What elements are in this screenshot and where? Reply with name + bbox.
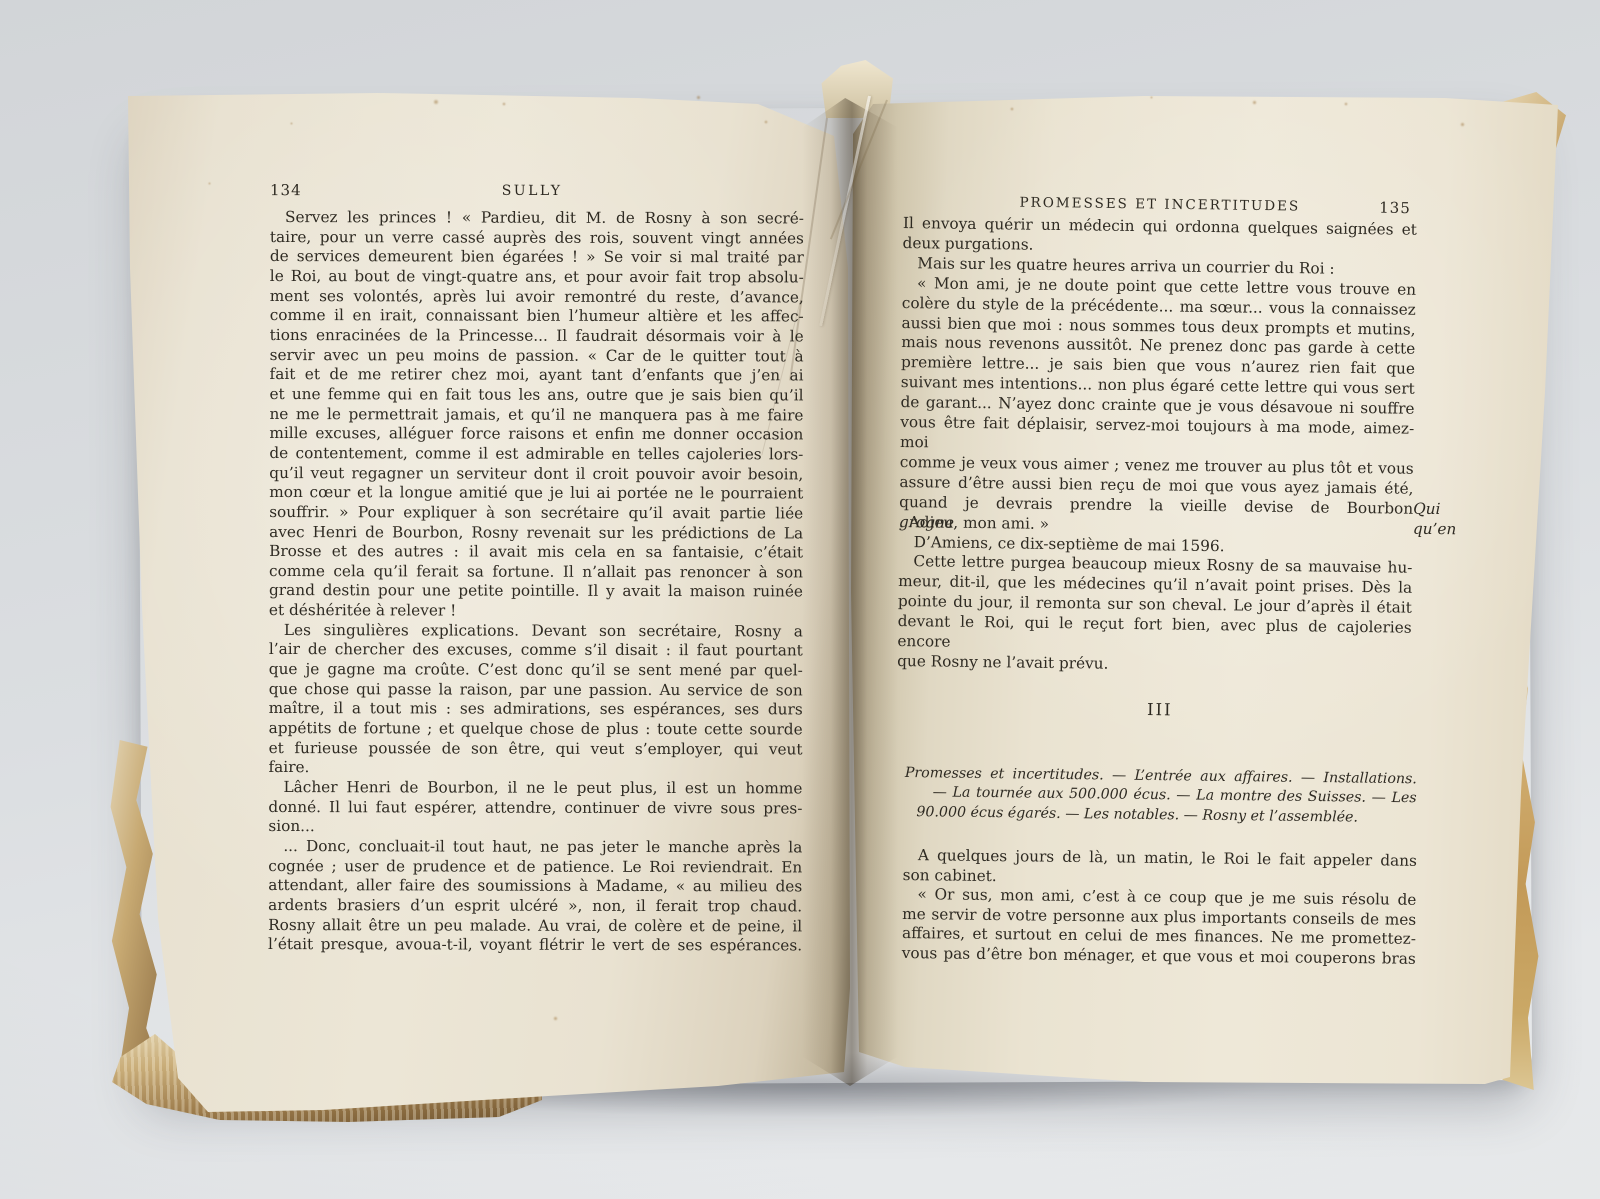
- text-line: ardents brasiers d’un esprit ulcéré », n…: [268, 896, 802, 917]
- text-line: l’air de chercher des excuses, comme s’i…: [269, 640, 803, 661]
- text-line: Les singulières explications. Devant son…: [269, 621, 803, 642]
- foxing-spot: [502, 102, 506, 106]
- foxing-spot: [290, 122, 293, 125]
- chapter-summary: Promesses et incertitudes. — L’entrée au…: [904, 764, 1417, 828]
- right-page-number: 135: [1379, 199, 1411, 217]
- text-line: que chose qui passe la raison, par une p…: [269, 680, 803, 701]
- text-line: ne me le permettrait jamais, et qu’il ne…: [269, 405, 803, 426]
- text-line: vous être fait déplaisir, servez-moi tou…: [900, 413, 1414, 460]
- foxing-spot: [1344, 102, 1348, 106]
- text-line: ... Donc, concluait-il tout haut, ne pas…: [268, 837, 802, 858]
- right-page-body-continued: A quelques jours de là, un matin, le Roi…: [902, 846, 1417, 969]
- text-line: le Roi, au bout de vingt-quatre ans, et …: [270, 267, 804, 288]
- text-line: donné. Il lui faut espérer, attendre, co…: [268, 798, 802, 819]
- text-line: de contentement, comme il est admirable …: [269, 444, 803, 465]
- text-line: attendant, aller faire des soumissions à…: [268, 876, 802, 897]
- text-line: ment ses volontés, après lui avoir remon…: [270, 287, 804, 308]
- text-line: appétits de fortune ; et quelque chose d…: [269, 719, 803, 740]
- text-line: mille excuses, alléguer force raisons et…: [269, 424, 803, 445]
- text-line: comme cela qu’il ferait sa fortune. Il n…: [269, 562, 803, 583]
- text-line: Rosny allait être un peu malade. Au vrai…: [268, 916, 802, 937]
- text-line: cognée ; user de prudence et de patience…: [268, 857, 802, 878]
- text-line: servir avec un peu moins de passion. « C…: [270, 346, 804, 367]
- right-running-title: PROMESSES ET INCERTITUDES: [1019, 195, 1300, 215]
- left-page-number: 134: [270, 181, 302, 199]
- text-line: devant le Roi, qui le reçut fort bien, a…: [897, 612, 1411, 659]
- text-line: et une femme qui en fait tous les ans, o…: [269, 385, 803, 406]
- left-page-body: Servez les princes ! « Pardieu, dit M. d…: [268, 208, 804, 956]
- foxing-spot: [1252, 100, 1257, 105]
- foxing-spot: [1010, 107, 1014, 111]
- foxing-spot: [764, 120, 768, 124]
- foxing-spot: [553, 1016, 558, 1021]
- text-line: et déshéritée à relever !: [269, 601, 803, 622]
- text-line: Brosse et des autres : il avait mis cela…: [269, 542, 803, 563]
- text-line: taire, pour un verre cassé auprès des ro…: [270, 228, 804, 249]
- text-line: grand destin pour une petite pointille. …: [269, 581, 803, 602]
- text-line: fait et de me retirer chez moi, ayant ta…: [270, 365, 804, 386]
- book-photo: 134 SULLY Servez les princes ! « Pardieu…: [0, 0, 1600, 1199]
- text-line: mon cœur et la longue amitié que je lui …: [269, 483, 803, 504]
- text-line: et furieuse poussée de son être, qui veu…: [269, 739, 803, 760]
- text-line: de services demeurent bien égarées ! » S…: [270, 247, 804, 268]
- foxing-spot: [1460, 122, 1465, 127]
- foxing-spot: [208, 182, 211, 185]
- foxing-spot: [696, 95, 701, 100]
- text-line: avec Henri de Bourbon, Rosny revenait su…: [269, 522, 803, 543]
- text-line: l’était presque, avoua-t-il, voyant flét…: [268, 935, 802, 956]
- left-running-title: SULLY: [502, 183, 563, 199]
- text-line: que je gagne ma croûte. C’est donc qu’il…: [269, 660, 803, 681]
- text-line: tions enracinées de la Princesse... Il f…: [270, 326, 804, 347]
- foxing-spot: [433, 99, 439, 105]
- foxing-spot: [1150, 96, 1153, 99]
- text-line: Lâcher Henri de Bourbon, il ne le peut p…: [268, 778, 802, 799]
- text-line: sion...: [268, 817, 802, 838]
- right-page-body: Il envoya quérir un médecin qui ordonna …: [897, 214, 1417, 679]
- text-line: qu’il veut regagner un serviteur dont il…: [269, 464, 803, 485]
- text-line: maître, il a tout mis : ses admirations,…: [269, 699, 803, 720]
- text-line: comme il en irait, connaissant bien l’hu…: [270, 306, 804, 327]
- left-page-header: 134 SULLY: [270, 181, 804, 205]
- text-line: souffrir. » Pour expliquer à son secréta…: [269, 503, 803, 524]
- text-line: faire.: [269, 758, 803, 779]
- text-line: Servez les princes ! « Pardieu, dit M. d…: [270, 208, 804, 229]
